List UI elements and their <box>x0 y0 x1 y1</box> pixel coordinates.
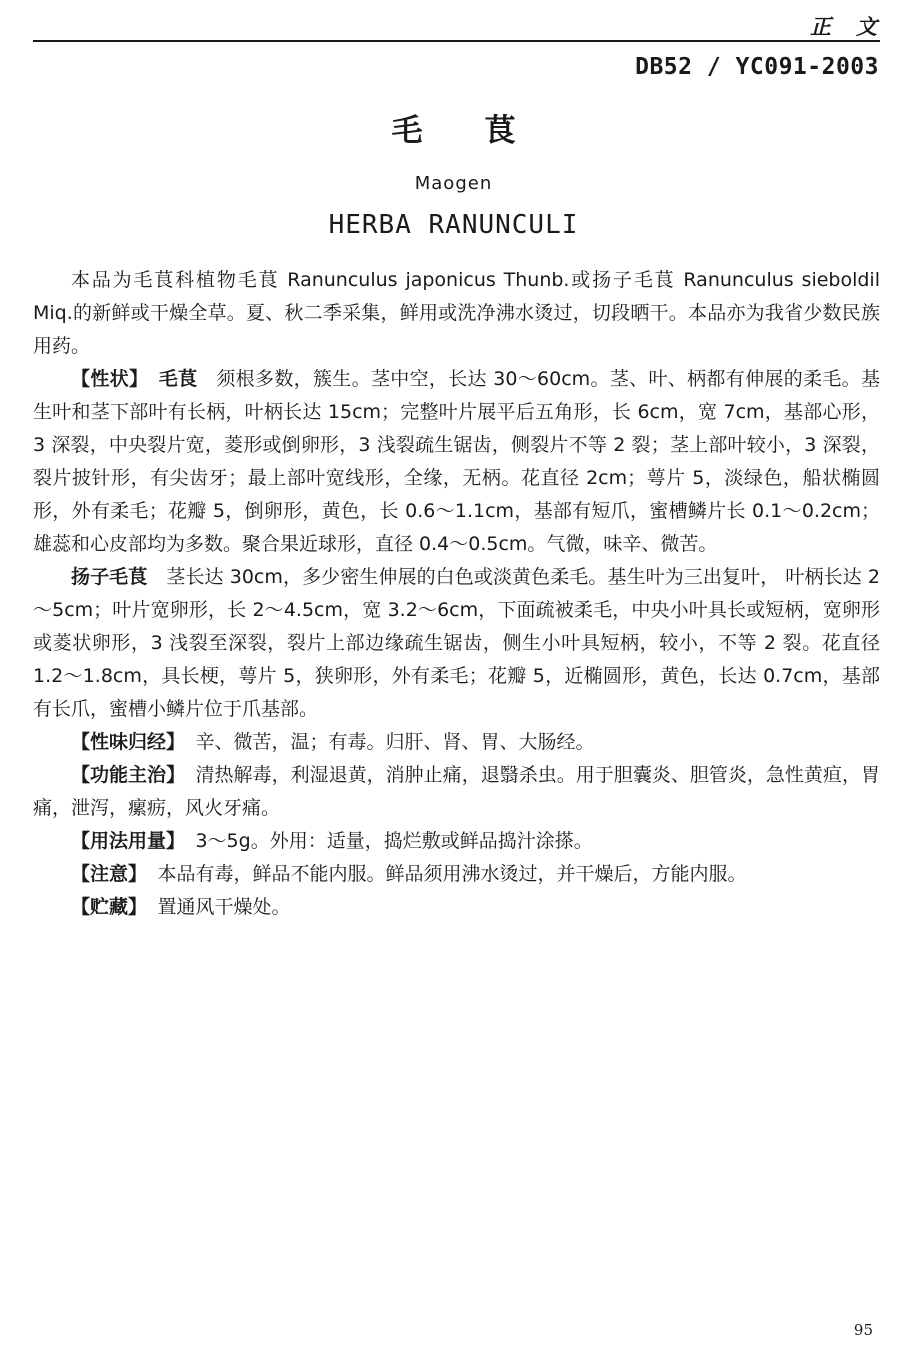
header-rule-divider <box>33 40 880 42</box>
section-label: 【性味归经】 <box>71 731 185 753</box>
paragraph-text: 3～5g。外用：适量，捣烂敷或鲜品捣汁涂搽。 <box>195 830 592 852</box>
running-header: 正 文 <box>810 11 879 41</box>
paragraph-description-maogen: 【性状】毛茛须根多数，簇生。茎中空，长达 30～60cm。茎、叶、柄都有伸展的柔… <box>33 363 880 561</box>
paragraph-caution: 【注意】本品有毒，鲜品不能内服。鲜品须用沸水烫过，并干燥后，方能内服。 <box>33 858 880 891</box>
paragraph-text: 辛、微苦，温；有毒。归肝、肾、胃、大肠经。 <box>195 731 594 753</box>
document-body: 本品为毛茛科植物毛茛 Ranunculus japonicus Thunb.或扬… <box>33 264 880 924</box>
paragraph-text: 茎长达 30cm，多少密生伸展的白色或淡黄色柔毛。基生叶为三出复叶， 叶柄长达 … <box>33 566 880 720</box>
title-latin: HERBA RANUNCULI <box>0 210 907 240</box>
section-label: 【性状】 <box>71 368 148 390</box>
paragraph-text: 须根多数，簇生。茎中空，长达 30～60cm。茎、叶、柄都有伸展的柔毛。基生叶和… <box>33 368 880 555</box>
standard-number: DB52 / YC091-2003 <box>635 54 879 80</box>
section-label: 【用法用量】 <box>71 830 185 852</box>
section-label: 【注意】 <box>71 863 147 885</box>
paragraph-text: 本品为毛茛科植物毛茛 Ranunculus japonicus Thunb.或扬… <box>33 269 880 357</box>
paragraph-flavor-meridian: 【性味归经】辛、微苦，温；有毒。归肝、肾、胃、大肠经。 <box>33 726 880 759</box>
document-page: 正 文 DB52 / YC091-2003 毛 茛 Maogen HERBA R… <box>0 0 907 1353</box>
title-pinyin: Maogen <box>0 173 907 194</box>
subsection-name: 毛茛 <box>159 368 198 390</box>
paragraph-dosage: 【用法用量】3～5g。外用：适量，捣烂敷或鲜品捣汁涂搽。 <box>33 825 880 858</box>
section-label: 【功能主治】 <box>71 764 185 786</box>
paragraph-source: 本品为毛茛科植物毛茛 Ranunculus japonicus Thunb.或扬… <box>33 264 880 363</box>
section-label: 【贮藏】 <box>71 896 147 918</box>
paragraph-text: 本品有毒，鲜品不能内服。鲜品须用沸水烫过，并干燥后，方能内服。 <box>157 863 746 885</box>
paragraph-description-yangzi-maogen: 扬子毛茛茎长达 30cm，多少密生伸展的白色或淡黄色柔毛。基生叶为三出复叶， 叶… <box>33 561 880 726</box>
paragraph-functions-indications: 【功能主治】清热解毒，利湿退黄，消肿止痛，退翳杀虫。用于胆囊炎、胆管炎，急性黄疸… <box>33 759 880 825</box>
paragraph-storage: 【贮藏】置通风干燥处。 <box>33 891 880 924</box>
page-number: 95 <box>854 1321 873 1339</box>
subsection-name: 扬子毛茛 <box>71 566 147 588</box>
paragraph-text: 置通风干燥处。 <box>157 896 290 918</box>
